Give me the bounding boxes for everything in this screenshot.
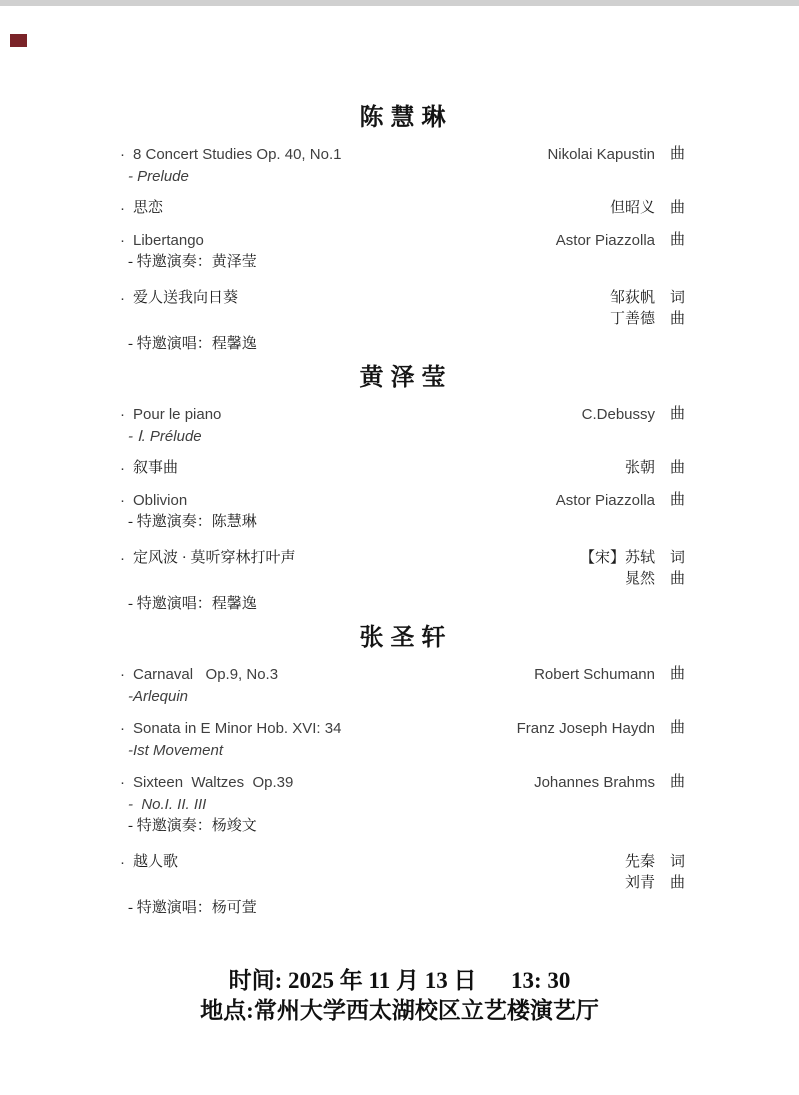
piece-title: Sonata in E Minor Hob. XVI: 34 (133, 718, 341, 739)
bullet-dot: · (120, 852, 133, 873)
item-title-group: ·叙事曲 (120, 458, 625, 479)
credit-name: C.Debussy (582, 404, 655, 425)
program-item: ·Sixteen Waltzes Op.39Johannes Brahms曲- … (120, 772, 685, 837)
credit-role: 曲 (669, 772, 685, 793)
sub-line: -Ist Movement (120, 740, 685, 761)
credit-role: 词 (669, 852, 685, 873)
item-head: ·Carnaval Op.9, No.3Robert Schumann曲 (120, 664, 685, 685)
sub-line: - 特邀演唱：杨可萱 (120, 898, 685, 919)
credit-line: 晁然曲 (625, 569, 685, 590)
program-item: ·Pour le pianoC.Debussy曲- Ⅰ. Prélude (120, 404, 685, 447)
credit-role: 曲 (669, 309, 685, 330)
item-title-group: ·Pour le piano (120, 404, 582, 425)
program-item: ·8 Concert Studies Op. 40, No.1Nikolai K… (120, 144, 685, 187)
credit-line: Franz Joseph Haydn曲 (517, 718, 685, 739)
footer-time: 时间: 2025 年 11 月 13 日 13: 30 (0, 962, 799, 995)
credit-role: 词 (669, 288, 685, 309)
item-head: ·思恋但昭义曲 (120, 198, 685, 219)
credit-role: 曲 (669, 490, 685, 511)
program-item: ·定风波 · 莫听穿林打叶声【宋】苏轼词晁然曲- 特邀演唱：程馨逸 (120, 548, 685, 615)
program-item: ·Carnaval Op.9, No.3Robert Schumann曲-Arl… (120, 664, 685, 707)
item-title-group: ·Sonata in E Minor Hob. XVI: 34 (120, 718, 517, 739)
credit-name: 刘青 (625, 873, 655, 894)
credit-column: Astor Piazzolla曲 (556, 490, 685, 511)
credit-column: 邹荻帆词丁善德曲 (610, 288, 685, 330)
credit-column: 先秦词刘青曲 (625, 852, 685, 894)
credit-role: 曲 (669, 664, 685, 685)
credit-name: Robert Schumann (534, 664, 655, 685)
credit-role: 曲 (669, 458, 685, 479)
credit-role: 曲 (669, 404, 685, 425)
performer-heading: 黄泽莹 (120, 363, 685, 393)
bullet-dot: · (120, 404, 133, 425)
sub-line: - 特邀演奏：杨竣文 (120, 816, 685, 837)
item-head: ·定风波 · 莫听穿林打叶声【宋】苏轼词晁然曲 (120, 548, 685, 590)
piece-title: Pour le piano (133, 404, 221, 425)
sub-line: - 特邀演奏：陈慧琳 (120, 512, 685, 533)
item-title-group: ·爱人送我向日葵 (120, 288, 610, 309)
credit-role: 词 (669, 548, 685, 569)
item-head: ·Sonata in E Minor Hob. XVI: 34Franz Jos… (120, 718, 685, 739)
footer-venue: 地点:常州大学西太湖校区立艺楼演艺厅 (0, 992, 799, 1025)
credit-line: Astor Piazzolla曲 (556, 490, 685, 511)
bullet-dot: · (120, 548, 133, 569)
sub-line: - Ⅰ. Prélude (120, 426, 685, 447)
bullet-dot: · (120, 664, 133, 685)
item-head: ·Pour le pianoC.Debussy曲 (120, 404, 685, 425)
item-head: ·越人歌先秦词刘青曲 (120, 852, 685, 894)
credit-name: Astor Piazzolla (556, 230, 655, 251)
credit-name: Franz Joseph Haydn (517, 718, 655, 739)
credit-line: 但昭义曲 (610, 198, 685, 219)
program-item: ·Sonata in E Minor Hob. XVI: 34Franz Jos… (120, 718, 685, 761)
piece-title: 爱人送我向日葵 (133, 288, 238, 309)
credit-line: C.Debussy曲 (582, 404, 685, 425)
piece-title: 8 Concert Studies Op. 40, No.1 (133, 144, 341, 165)
sub-line: -Arlequin (120, 686, 685, 707)
item-title-group: ·8 Concert Studies Op. 40, No.1 (120, 144, 547, 165)
piece-title: 越人歌 (133, 852, 178, 873)
bullet-dot: · (120, 144, 133, 165)
piece-title: 思恋 (133, 198, 163, 219)
credit-column: Johannes Brahms曲 (534, 772, 685, 793)
performer-heading: 陈慧琳 (120, 103, 685, 133)
credit-role: 曲 (669, 230, 685, 251)
bullet-dot: · (120, 288, 133, 309)
sub-line: - 特邀演唱：程馨逸 (120, 334, 685, 355)
program-item: ·叙事曲张朝曲 (120, 458, 685, 479)
credit-name: 【宋】苏轼 (580, 548, 655, 569)
item-title-group: ·定风波 · 莫听穿林打叶声 (120, 548, 580, 569)
program-item: ·思恋但昭义曲 (120, 198, 685, 219)
program-item: ·爱人送我向日葵邹荻帆词丁善德曲- 特邀演唱：程馨逸 (120, 288, 685, 355)
item-title-group: ·越人歌 (120, 852, 625, 873)
credit-name: Astor Piazzolla (556, 490, 655, 511)
item-title-group: ·Carnaval Op.9, No.3 (120, 664, 534, 685)
credit-line: 【宋】苏轼词 (580, 548, 685, 569)
item-title-group: ·思恋 (120, 198, 610, 219)
item-head: ·叙事曲张朝曲 (120, 458, 685, 479)
sub-line: - Prelude (120, 166, 685, 187)
credit-role: 曲 (669, 873, 685, 894)
bullet-dot: · (120, 198, 133, 219)
credit-role: 曲 (669, 569, 685, 590)
program-item: ·OblivionAstor Piazzolla曲- 特邀演奏：陈慧琳 (120, 490, 685, 533)
piece-title: 叙事曲 (133, 458, 178, 479)
credit-name: Nikolai Kapustin (547, 144, 655, 165)
credit-column: Robert Schumann曲 (534, 664, 685, 685)
credit-name: 邹荻帆 (610, 288, 655, 309)
piece-title: Carnaval Op.9, No.3 (133, 664, 278, 685)
credit-line: Johannes Brahms曲 (534, 772, 685, 793)
bullet-dot: · (120, 718, 133, 739)
sub-line: - 特邀演奏：黄泽莹 (120, 252, 685, 273)
credit-name: Johannes Brahms (534, 772, 655, 793)
credit-line: Astor Piazzolla曲 (556, 230, 685, 251)
bullet-dot: · (120, 458, 133, 479)
piece-title: 定风波 · 莫听穿林打叶声 (133, 548, 296, 569)
credit-role: 曲 (669, 144, 685, 165)
piece-title: Libertango (133, 230, 204, 251)
item-head: ·Sixteen Waltzes Op.39Johannes Brahms曲 (120, 772, 685, 793)
credit-role: 曲 (669, 198, 685, 219)
credit-line: Nikolai Kapustin曲 (547, 144, 685, 165)
credit-column: 【宋】苏轼词晁然曲 (580, 548, 685, 590)
credit-column: Astor Piazzolla曲 (556, 230, 685, 251)
credit-column: 张朝曲 (625, 458, 685, 479)
bullet-dot: · (120, 772, 133, 793)
piece-title: Oblivion (133, 490, 187, 511)
program-page: 陈慧琳·8 Concert Studies Op. 40, No.1Nikola… (0, 0, 799, 1095)
credit-role: 曲 (669, 718, 685, 739)
credit-line: 丁善德曲 (610, 309, 685, 330)
credit-column: Franz Joseph Haydn曲 (517, 718, 685, 739)
program: 陈慧琳·8 Concert Studies Op. 40, No.1Nikola… (120, 0, 685, 919)
credit-name: 张朝 (625, 458, 655, 479)
credit-line: 邹荻帆词 (610, 288, 685, 309)
sub-line: - No.I. II. III (120, 794, 685, 815)
credit-line: 刘青曲 (625, 873, 685, 894)
item-head: ·8 Concert Studies Op. 40, No.1Nikolai K… (120, 144, 685, 165)
item-title-group: ·Oblivion (120, 490, 556, 511)
credit-name: 丁善德 (610, 309, 655, 330)
program-item: ·越人歌先秦词刘青曲- 特邀演唱：杨可萱 (120, 852, 685, 919)
item-title-group: ·Sixteen Waltzes Op.39 (120, 772, 534, 793)
credit-line: Robert Schumann曲 (534, 664, 685, 685)
program-item: ·LibertangoAstor Piazzolla曲- 特邀演奏：黄泽莹 (120, 230, 685, 273)
credit-name: 晁然 (625, 569, 655, 590)
piece-title: Sixteen Waltzes Op.39 (133, 772, 293, 793)
credit-column: 但昭义曲 (610, 198, 685, 219)
credit-column: C.Debussy曲 (582, 404, 685, 425)
bullet-dot: · (120, 230, 133, 251)
item-title-group: ·Libertango (120, 230, 556, 251)
credit-line: 先秦词 (625, 852, 685, 873)
bullet-dot: · (120, 490, 133, 511)
item-head: ·爱人送我向日葵邹荻帆词丁善德曲 (120, 288, 685, 330)
credit-line: 张朝曲 (625, 458, 685, 479)
sub-line: - 特邀演唱：程馨逸 (120, 594, 685, 615)
item-head: ·LibertangoAstor Piazzolla曲 (120, 230, 685, 251)
item-head: ·OblivionAstor Piazzolla曲 (120, 490, 685, 511)
credit-column: Nikolai Kapustin曲 (547, 144, 685, 165)
performer-heading: 张圣轩 (120, 623, 685, 653)
corner-mark (10, 34, 27, 47)
credit-name: 但昭义 (610, 198, 655, 219)
credit-name: 先秦 (625, 852, 655, 873)
